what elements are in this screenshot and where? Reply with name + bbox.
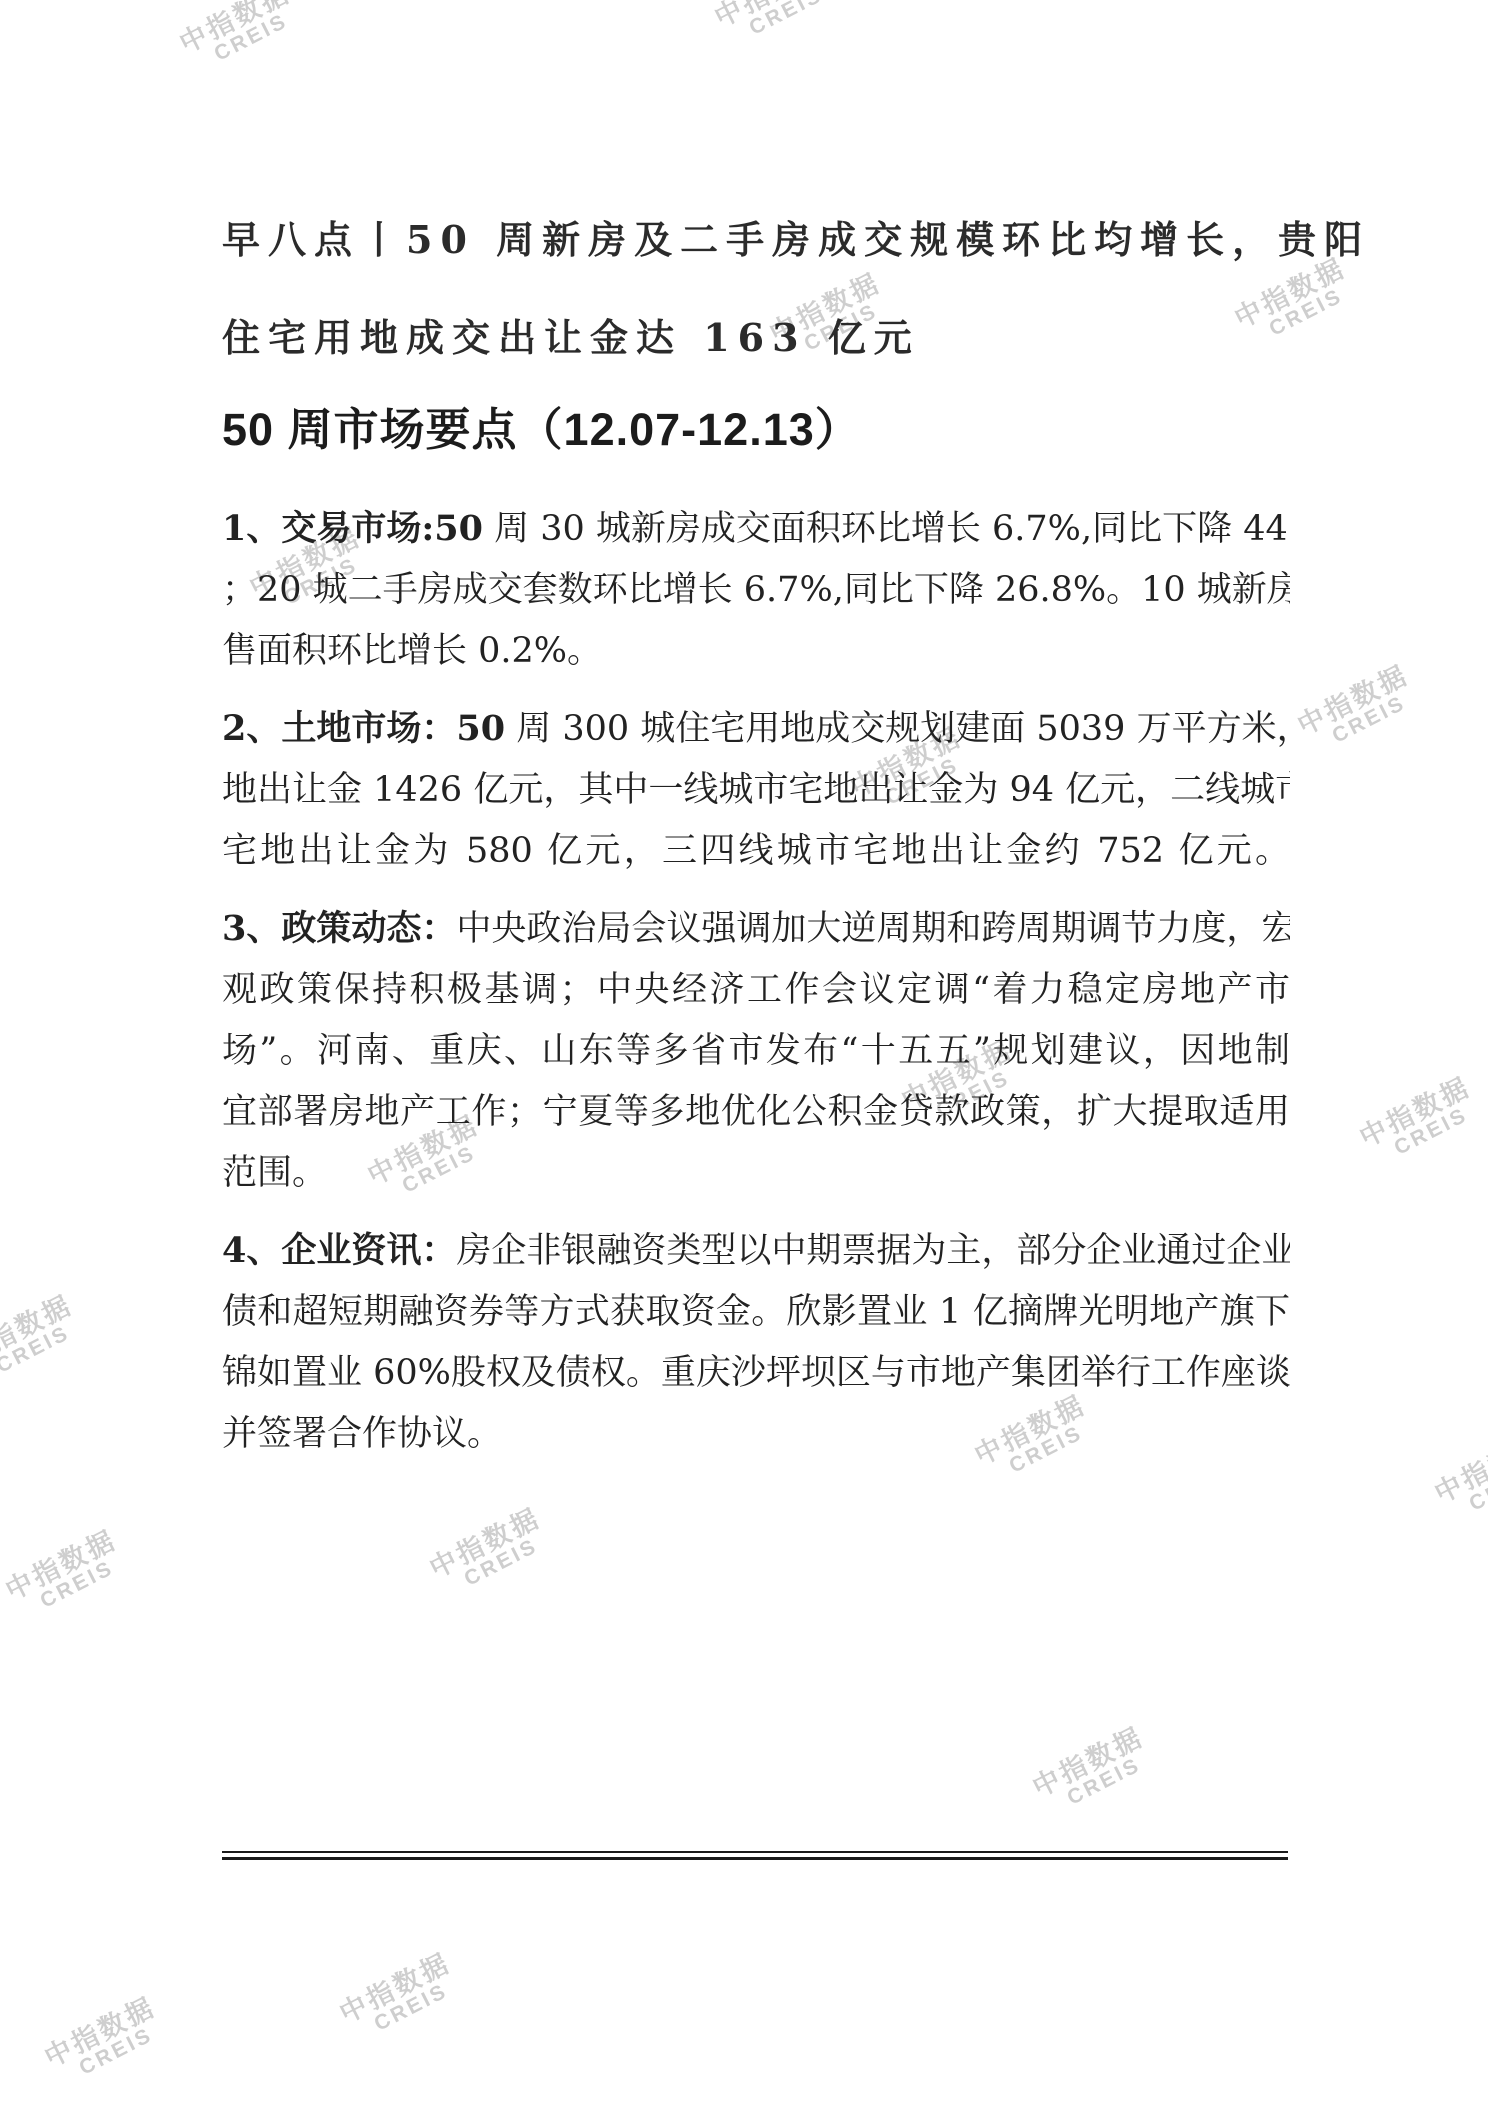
creis-watermark: 中指数据CREIS [0,1291,86,1388]
title-line: 早八点丨50 周新房及二手房成交规模环比均增长，贵阳 [222,191,1302,289]
page-title: 早八点丨50 周新房及二手房成交规模环比均增长，贵阳住宅用地成交出让金达 163… [222,191,1302,387]
text-line: 并签署合作协议。 [222,1404,1290,1465]
text-line: 宅地出让金为 580 亿元，三四线城市宅地出让金约 752 亿元。 [222,821,1290,882]
paragraph-lead: 4、企业资讯： [222,1230,456,1271]
watermark-creis-text: CREIS [1064,1747,1157,1808]
creis-watermark: 中指数据CREIS [426,1504,555,1601]
watermark-cn-text: 中指数据 [1029,1723,1148,1802]
watermark-cn-text: 中指数据 [2,1526,121,1605]
paragraph: 1、交易市场:50 周 30 城新房成交面积环比增长 6.7%,同比下降 44.… [222,498,1290,682]
creis-watermark: 中指数据CREIS [1431,1429,1488,1526]
text-line: ；20 城二手房成交套数环比增长 6.7%,同比下降 26.8%。10 城新房可 [222,560,1290,621]
text-line: 范围。 [222,1143,1290,1204]
double-rule-divider [222,1851,1288,1860]
section-heading: 50 周市场要点（12.07-12.13） [222,402,861,458]
watermark-creis-text: CREIS [37,1550,130,1611]
watermark-cn-text: 中指数据 [1356,1073,1475,1152]
watermark-cn-text: 中指数据 [426,1504,545,1583]
text-line: 宜部署房地产工作；宁夏等多地优化公积金贷款政策，扩大提取适用 [222,1082,1290,1143]
paragraph: 4、企业资讯：房企非银融资类型以中期票据为主，部分企业通过企业债和超短期融资券等… [222,1220,1290,1465]
watermark-cn-text: 中指数据 [336,1949,455,2028]
text-line: 1、交易市场:50 周 30 城新房成交面积环比增长 6.7%,同比下降 44.… [222,498,1290,560]
watermark-cn-text: 中指数据 [711,0,830,32]
watermark-creis-text: CREIS [1466,1453,1488,1514]
paragraph-lead: 3、政策动态： [222,908,456,949]
text-line: 地出让金 1426 亿元，其中一线城市宅地出让金为 94 亿元，二线城市 [222,760,1290,821]
creis-watermark: 中指数据CREIS [1356,1073,1485,1170]
watermark-creis-text: CREIS [76,2017,169,2078]
creis-watermark: 中指数据CREIS [1029,1723,1158,1820]
creis-watermark: 中指数据CREIS [41,1993,170,2090]
paragraph-lead: 2、土地市场：50 [222,708,505,749]
watermark-creis-text: CREIS [371,1973,464,2034]
paragraph: 3、政策动态：中央政治局会议强调加大逆周期和跨周期调节力度，宏观政策保持积极基调… [222,898,1290,1204]
creis-watermark: 中指数据CREIS [176,0,305,77]
watermark-cn-text: 中指数据 [41,1993,160,2072]
paragraph-lead: 1、交易市场:50 [222,508,483,549]
text-line: 3、政策动态：中央政治局会议强调加大逆周期和跨周期调节力度，宏 [222,898,1290,960]
watermark-creis-text: CREIS [461,1528,554,1589]
creis-watermark: 中指数据CREIS [1294,661,1423,758]
watermark-creis-text: CREIS [1329,685,1422,746]
title-line: 住宅用地成交出让金达 163 亿元 [222,289,1302,387]
text-line: 售面积环比增长 0.2%。 [222,621,1290,682]
watermark-cn-text: 中指数据 [176,0,295,58]
body-text: 1、交易市场:50 周 30 城新房成交面积环比增长 6.7%,同比下降 44.… [222,498,1290,1481]
text-line: 场”。河南、重庆、山东等多省市发布“十五五”规划建议，因地制 [222,1021,1290,1082]
text-line: 4、企业资讯：房企非银融资类型以中期票据为主，部分企业通过企业 [222,1220,1290,1282]
document-page: 中指数据CREIS中指数据CREIS中指数据CREIS中指数据CREIS中指数据… [0,0,1488,2104]
paragraph: 2、土地市场：50 周 300 城住宅用地成交规划建面 5039 万平方米，土地… [222,698,1290,882]
creis-watermark: 中指数据CREIS [2,1526,131,1623]
watermark-cn-text: 中指数据 [0,1291,77,1370]
watermark-cn-text: 中指数据 [1431,1429,1488,1508]
text-line: 2、土地市场：50 周 300 城住宅用地成交规划建面 5039 万平方米，土 [222,698,1290,760]
watermark-cn-text: 中指数据 [1294,661,1413,740]
watermark-creis-text: CREIS [746,0,839,39]
watermark-creis-text: CREIS [1391,1097,1484,1158]
text-line: 观政策保持积极基调；中央经济工作会议定调“着力稳定房地产市 [222,960,1290,1021]
watermark-creis-text: CREIS [211,3,304,64]
text-line: 锦如置业 60%股权及债权。重庆沙坪坝区与市地产集团举行工作座谈 [222,1343,1290,1404]
watermark-creis-text: CREIS [0,1315,86,1376]
creis-watermark: 中指数据CREIS [336,1949,465,2046]
text-line: 债和超短期融资券等方式获取资金。欣影置业 1 亿摘牌光明地产旗下 [222,1282,1290,1343]
creis-watermark: 中指数据CREIS [711,0,840,51]
